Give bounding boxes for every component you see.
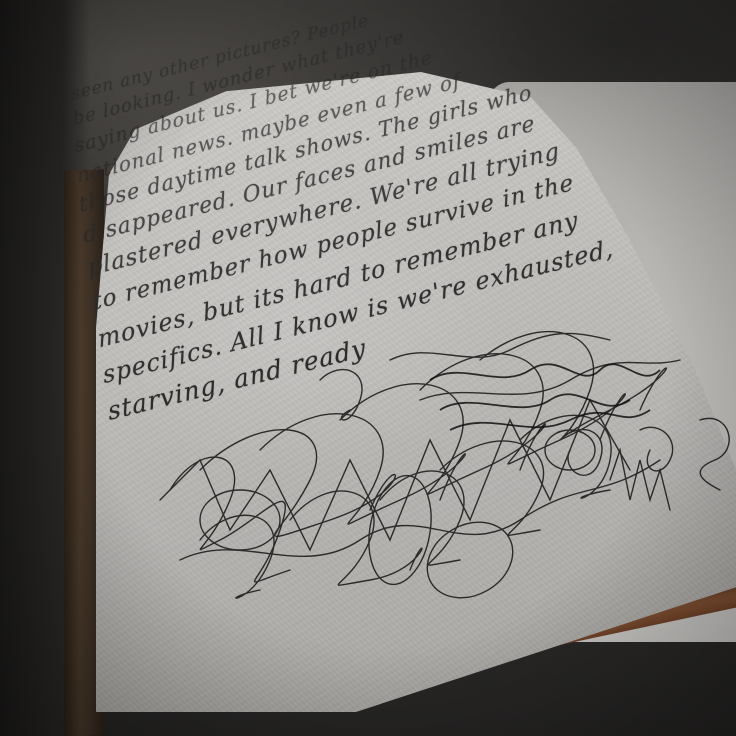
ink-scribble-out bbox=[140, 300, 736, 620]
